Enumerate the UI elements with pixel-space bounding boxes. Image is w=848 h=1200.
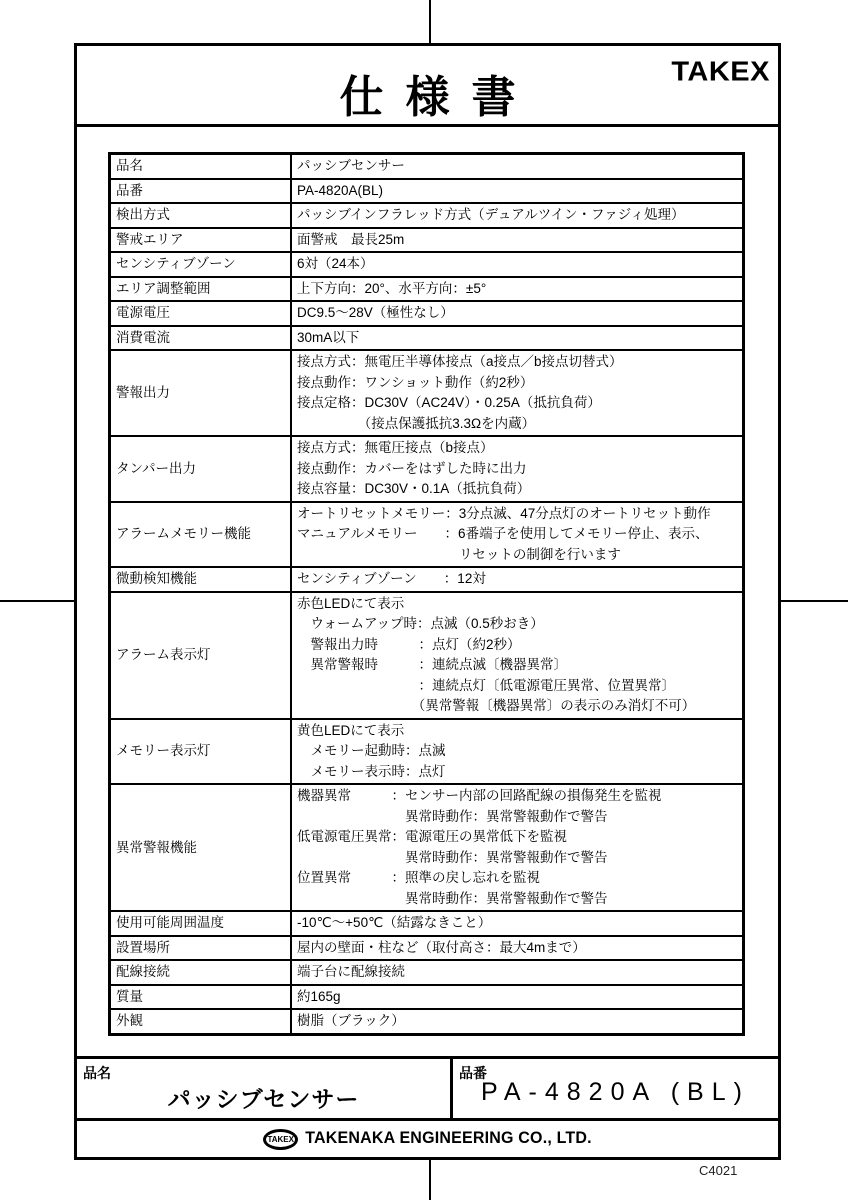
spec-row: 異常警報機能機器異常 ：センサー内部の回路配線の損傷発生を監視 異常時動作：異常… <box>110 784 744 911</box>
spec-row: 質量約165g <box>110 985 744 1010</box>
spec-value-line: リセットの制御を行います <box>297 545 738 566</box>
spec-value: DC9.5～28V（極性なし） <box>291 301 744 326</box>
spec-row: 使用可能周囲温度-10℃～+50℃（結露なきこと） <box>110 911 744 936</box>
spec-label: メモリー表示灯 <box>110 719 292 785</box>
spec-label: 警戒エリア <box>110 228 292 253</box>
spec-value-line: 位置異常 ：照準の戻し忘れを監視 <box>297 868 738 889</box>
company-band: TAKEX TAKENAKA ENGINEERING CO., LTD. <box>77 1118 778 1157</box>
spec-label: 外観 <box>110 1009 292 1034</box>
spec-value-line: ウォームアップ時：点滅（0.5秒おき） <box>297 614 738 635</box>
spec-row: メモリー表示灯黄色LEDにて表示 メモリー起動時：点滅 メモリー表示時：点灯 <box>110 719 744 785</box>
spec-label: 消費電流 <box>110 326 292 351</box>
spec-value: 面警戒 最長25m <box>291 228 744 253</box>
footer-name-value: パッシブセンサー <box>77 1059 450 1114</box>
spec-value: 赤色LEDにて表示 ウォームアップ時：点滅（0.5秒おき） 警報出力時 ：点灯（… <box>291 592 744 719</box>
spec-value-line: パッシブセンサー <box>297 156 738 177</box>
spec-value: 樹脂（ブラック） <box>291 1009 744 1034</box>
spec-value-line: 面警戒 最長25m <box>297 230 738 251</box>
spec-table: 品名パッシブセンサー品番PA-4820A(BL)検出方式パッシブインフラレッド方… <box>108 152 745 1036</box>
spec-value-line: PA-4820A(BL) <box>297 181 738 202</box>
spec-value: 屋内の壁面・柱など（取付高さ：最大4mまで） <box>291 936 744 961</box>
spec-value: 機器異常 ：センサー内部の回路配線の損傷発生を監視 異常時動作：異常警報動作で警… <box>291 784 744 911</box>
spec-value-line: センシティブゾーン ：12対 <box>297 569 738 590</box>
spec-value: 上下方向：20°、水平方向：±5° <box>291 277 744 302</box>
spec-value-line: 異常時動作：異常警報動作で警告 <box>297 889 738 910</box>
spec-row: エリア調整範囲上下方向：20°、水平方向：±5° <box>110 277 744 302</box>
spec-section: 品名パッシブセンサー品番PA-4820A(BL)検出方式パッシブインフラレッド方… <box>77 127 778 1056</box>
spec-value-line: 接点方式：無電圧接点（b接点） <box>297 438 738 459</box>
spec-row: 品名パッシブセンサー <box>110 154 744 179</box>
spec-label: 警報出力 <box>110 350 292 436</box>
spec-value: パッシブインフラレッド方式（デュアルツイン・ファジィ処理） <box>291 203 744 228</box>
spec-value-line: 接点定格：DC30V（AC24V）・0.25A（抵抗負荷） <box>297 393 738 414</box>
document-frame: 仕様書 TAKEX 品名パッシブセンサー品番PA-4820A(BL)検出方式パッ… <box>74 43 781 1160</box>
spec-label: タンパー出力 <box>110 436 292 502</box>
spec-value-line: 端子台に配線接続 <box>297 962 738 983</box>
spec-label: センシティブゾーン <box>110 252 292 277</box>
spec-row: アラーム表示灯赤色LEDにて表示 ウォームアップ時：点滅（0.5秒おき） 警報出… <box>110 592 744 719</box>
spec-row: 警戒エリア面警戒 最長25m <box>110 228 744 253</box>
spec-value-line: 機器異常 ：センサー内部の回路配線の損傷発生を監視 <box>297 786 738 807</box>
spec-value-line: DC9.5～28V（極性なし） <box>297 303 738 324</box>
spec-label: アラームメモリー機能 <box>110 502 292 568</box>
spec-value-line: メモリー表示時：点灯 <box>297 762 738 783</box>
footer-name-label: 品名 <box>83 1063 111 1083</box>
spec-row: センシティブゾーン6対（24本） <box>110 252 744 277</box>
footer-title-block: 品名 パッシブセンサー 品番 PA-4820A (BL) <box>77 1056 778 1118</box>
spec-label: アラーム表示灯 <box>110 592 292 719</box>
spec-value-line: 黄色LEDにて表示 <box>297 721 738 742</box>
footer-product-name-cell: 品名 パッシブセンサー <box>77 1059 453 1118</box>
spec-value-line: 上下方向：20°、水平方向：±5° <box>297 279 738 300</box>
spec-value: 30mA以下 <box>291 326 744 351</box>
registration-mark-left <box>0 600 74 602</box>
spec-value: 黄色LEDにて表示 メモリー起動時：点滅 メモリー表示時：点灯 <box>291 719 744 785</box>
spec-value-line: 接点動作：カバーをはずした時に出力 <box>297 459 738 480</box>
spec-label: 検出方式 <box>110 203 292 228</box>
document-header: 仕様書 TAKEX <box>77 46 778 127</box>
spec-row: 品番PA-4820A(BL) <box>110 179 744 204</box>
spec-value-line: パッシブインフラレッド方式（デュアルツイン・ファジィ処理） <box>297 205 738 226</box>
spec-row: 配線接続端子台に配線接続 <box>110 960 744 985</box>
spec-label: 品名 <box>110 154 292 179</box>
spec-value-line: 接点容量：DC30V・0.1A（抵抗負荷） <box>297 479 738 500</box>
spec-value-line: メモリー起動時：点滅 <box>297 741 738 762</box>
registration-mark-right <box>779 600 848 602</box>
spec-value: 接点方式：無電圧半導体接点（a接点／b接点切替式）接点動作：ワンショット動作（約… <box>291 350 744 436</box>
spec-value-line: 異常警報時 ：連続点滅〔機器異常〕 <box>297 655 738 676</box>
spec-table-body: 品名パッシブセンサー品番PA-4820A(BL)検出方式パッシブインフラレッド方… <box>110 154 744 1035</box>
spec-row: 警報出力接点方式：無電圧半導体接点（a接点／b接点切替式）接点動作：ワンショット… <box>110 350 744 436</box>
spec-row: 外観樹脂（ブラック） <box>110 1009 744 1034</box>
spec-value-line: 30mA以下 <box>297 328 738 349</box>
spec-value-line: 約165g <box>297 987 738 1008</box>
spec-label: 設置場所 <box>110 936 292 961</box>
spec-label: 電源電圧 <box>110 301 292 326</box>
spec-row: アラームメモリー機能オートリセットメモリー：3分点滅、47分点灯のオートリセット… <box>110 502 744 568</box>
spec-value-line: （異常警報〔機器異常〕の表示のみ消灯不可） <box>297 696 738 717</box>
spec-row: 電源電圧DC9.5～28V（極性なし） <box>110 301 744 326</box>
spec-value-line: 樹脂（ブラック） <box>297 1011 738 1032</box>
spec-value-line: 屋内の壁面・柱など（取付高さ：最大4mまで） <box>297 938 738 959</box>
spec-value-line: 異常時動作：異常警報動作で警告 <box>297 807 738 828</box>
spec-row: タンパー出力接点方式：無電圧接点（b接点）接点動作：カバーをはずした時に出力接点… <box>110 436 744 502</box>
spec-value-line: マニュアルメモリー ：6番端子を使用してメモリー停止、表示、 <box>297 524 738 545</box>
spec-value: 6対（24本） <box>291 252 744 277</box>
spec-value: センシティブゾーン ：12対 <box>291 567 744 592</box>
spec-value: 約165g <box>291 985 744 1010</box>
footer-number-value: PA-4820A (BL) <box>453 1059 778 1107</box>
spec-label: 微動検知機能 <box>110 567 292 592</box>
spec-value-line: -10℃～+50℃（結露なきこと） <box>297 913 738 934</box>
spec-label: 配線接続 <box>110 960 292 985</box>
doc-code: C4021 <box>699 1163 737 1178</box>
registration-mark-bottom <box>429 1158 431 1200</box>
spec-value-line: 低電源電圧異常：電源電圧の異常低下を監視 <box>297 827 738 848</box>
spec-label: 質量 <box>110 985 292 1010</box>
takex-logo: TAKEX <box>671 57 770 88</box>
spec-value-line: 警報出力時 ：点灯（約2秒） <box>297 635 738 656</box>
spec-value-line: 接点方式：無電圧半導体接点（a接点／b接点切替式） <box>297 352 738 373</box>
company-name: TAKENAKA ENGINEERING CO., LTD. <box>305 1130 592 1149</box>
spec-row: 設置場所屋内の壁面・柱など（取付高さ：最大4mまで） <box>110 936 744 961</box>
spec-value-line: オートリセットメモリー：3分点滅、47分点灯のオートリセット動作 <box>297 504 738 525</box>
spec-label: エリア調整範囲 <box>110 277 292 302</box>
spec-row: 微動検知機能センシティブゾーン ：12対 <box>110 567 744 592</box>
footer-number-label: 品番 <box>459 1063 487 1083</box>
spec-value-line: （接点保護抵抗3.3Ωを内蔵） <box>297 414 738 435</box>
spec-row: 消費電流30mA以下 <box>110 326 744 351</box>
footer-product-number-cell: 品番 PA-4820A (BL) <box>453 1059 778 1118</box>
spec-value: オートリセットメモリー：3分点滅、47分点灯のオートリセット動作マニュアルメモリ… <box>291 502 744 568</box>
spec-value: パッシブセンサー <box>291 154 744 179</box>
spec-value: -10℃～+50℃（結露なきこと） <box>291 911 744 936</box>
spec-value-line: 異常時動作：異常警報動作で警告 <box>297 848 738 869</box>
spec-value-line: 接点動作：ワンショット動作（約2秒） <box>297 373 738 394</box>
spec-value-line: 6対（24本） <box>297 254 738 275</box>
spec-value: 端子台に配線接続 <box>291 960 744 985</box>
spec-label: 品番 <box>110 179 292 204</box>
spec-value-line: 赤色LEDにて表示 <box>297 594 738 615</box>
spec-row: 検出方式パッシブインフラレッド方式（デュアルツイン・ファジィ処理） <box>110 203 744 228</box>
spec-value-line: ：連続点灯〔低電源電圧異常、位置異常〕 <box>297 676 738 697</box>
registration-mark-top <box>429 0 431 43</box>
spec-value: PA-4820A(BL) <box>291 179 744 204</box>
spec-value: 接点方式：無電圧接点（b接点）接点動作：カバーをはずした時に出力接点容量：DC3… <box>291 436 744 502</box>
spec-label: 使用可能周囲温度 <box>110 911 292 936</box>
takex-oval-icon: TAKEX <box>263 1129 298 1150</box>
spec-label: 異常警報機能 <box>110 784 292 911</box>
